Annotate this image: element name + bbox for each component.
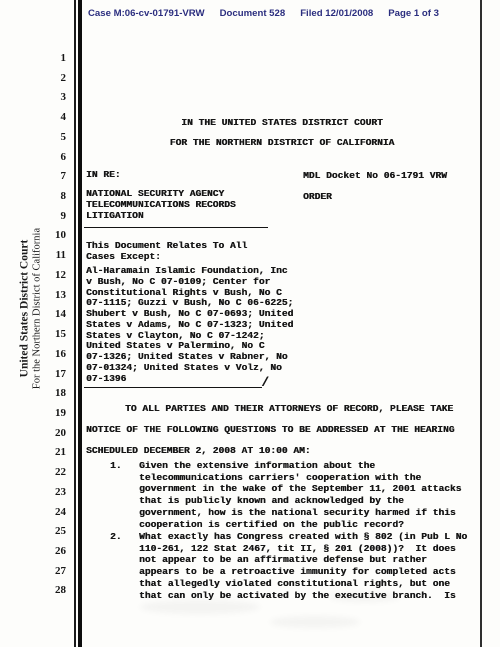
question-line: Given the extensive information about th… (139, 460, 484, 472)
line-number: 18 (38, 387, 68, 407)
stamp-document-number: Document 528 (220, 7, 286, 21)
scan-artifact (140, 600, 260, 614)
court-title: IN THE UNITED STATES DISTRICT COURT FOR … (86, 113, 478, 152)
question-line: appears to be a retroactive immunity for… (139, 566, 484, 578)
stamp-case-number: Case M:06-cv-01791-VRW (88, 7, 205, 21)
line-number: 19 (38, 407, 68, 427)
line-number: 3 (38, 91, 68, 111)
caption-separator: / (84, 376, 262, 388)
notice-line: TO ALL PARTIES AND THEIR ATTORNEYS OF RE… (86, 399, 480, 420)
line-number: 9 (38, 210, 68, 230)
question-line: cooperation is certified on the public r… (139, 519, 484, 531)
relates-to-statement: This Document Relates To AllCases Except… (86, 240, 247, 262)
line-number: 20 (38, 427, 68, 447)
case-list-line: v Bush, No C 07-0109; Center for (86, 277, 293, 288)
notice-paragraph: TO ALL PARTIES AND THEIR ATTORNEYS OF RE… (86, 399, 480, 461)
order-label: ORDER (303, 191, 332, 202)
notice-line: NOTICE OF THE FOLLOWING QUESTIONS TO BE … (86, 420, 480, 441)
court-title-line2: FOR THE NORTHERN DISTRICT OF CALIFORNIA (86, 133, 478, 153)
court-title-line1: IN THE UNITED STATES DISTRICT COURT (86, 113, 478, 133)
question-2-number: 2. (110, 531, 122, 543)
scan-artifact (330, 592, 400, 602)
line-number: 16 (38, 348, 68, 368)
line-number: 27 (38, 565, 68, 585)
question-line: government in the wake of the September … (139, 483, 484, 495)
left-margin-rule-thick (78, 0, 82, 647)
excepted-case-list: Al-Haramain Islamic Foundation, Incv Bus… (86, 266, 293, 384)
slash-mark: / (261, 375, 269, 390)
line-number: 11 (38, 249, 68, 269)
stamp-filed-date: Filed 12/01/2008 (300, 7, 373, 21)
docket-number: MDL Docket No 06-1791 VRW (303, 170, 447, 181)
left-margin-rule-thin (74, 0, 76, 647)
line-number: 2 (38, 72, 68, 92)
line-number: 21 (38, 446, 68, 466)
line-number: 26 (38, 545, 68, 565)
line-number: 28 (38, 584, 68, 604)
relates-to-line: This Document Relates To All (86, 240, 247, 251)
line-number: 6 (38, 151, 68, 171)
question-line: that is publicly known and acknowledged … (139, 495, 484, 507)
case-list-line: 07-01324; United States v Volz, No (86, 363, 293, 374)
question-line: What exactly has Congress created with §… (139, 531, 484, 543)
line-number: 14 (38, 308, 68, 328)
question-line: that allegedly violated constitutional r… (139, 578, 484, 590)
question-line: 110-261, 122 Stat 2467, tit II, § 201 (2… (139, 543, 484, 555)
sidebar-court-name-line1: United States District Court (19, 168, 32, 450)
line-number: 22 (38, 466, 68, 486)
line-number: 10 (38, 229, 68, 249)
line-number-column: 1234567891011121314151617181920212223242… (38, 52, 68, 604)
ecf-stamp: Case M:06-cv-01791-VRW Document 528 File… (88, 7, 439, 21)
line-number: 12 (38, 269, 68, 289)
question-line: not appear to be an affirmative defense … (139, 554, 484, 566)
line-number: 24 (38, 506, 68, 526)
question-1-text: Given the extensive information about th… (139, 460, 484, 530)
question-line: government, how is the national security… (139, 507, 484, 519)
line-number: 17 (38, 368, 68, 388)
relates-to-line: Cases Except: (86, 251, 247, 262)
line-number: 4 (38, 111, 68, 131)
line-number: 15 (38, 328, 68, 348)
in-re-label: IN RE: (86, 169, 121, 180)
question-1-number: 1. (110, 460, 122, 472)
line-number: 7 (38, 170, 68, 190)
question-2-text: What exactly has Congress created with §… (139, 531, 484, 601)
line-number: 13 (38, 289, 68, 309)
line-number: 23 (38, 486, 68, 506)
case-list-line: States v Adams, No C 07-1323; United (86, 320, 293, 331)
notice-line: SCHEDULED DECEMBER 2, 2008 AT 10:00 AM: (86, 441, 480, 462)
line-number: 1 (38, 52, 68, 72)
line-number: 5 (38, 131, 68, 151)
caption-underline (84, 214, 268, 228)
scan-artifact (270, 616, 360, 628)
line-number: 8 (38, 190, 68, 210)
document-page: Case M:06-cv-01791-VRW Document 528 File… (0, 0, 500, 647)
stamp-page-count: Page 1 of 3 (388, 7, 439, 21)
party-name-line: TELECOMMUNICATIONS RECORDS (86, 200, 236, 211)
line-number: 25 (38, 525, 68, 545)
question-line: telecommunications carriers' cooperation… (139, 472, 484, 484)
